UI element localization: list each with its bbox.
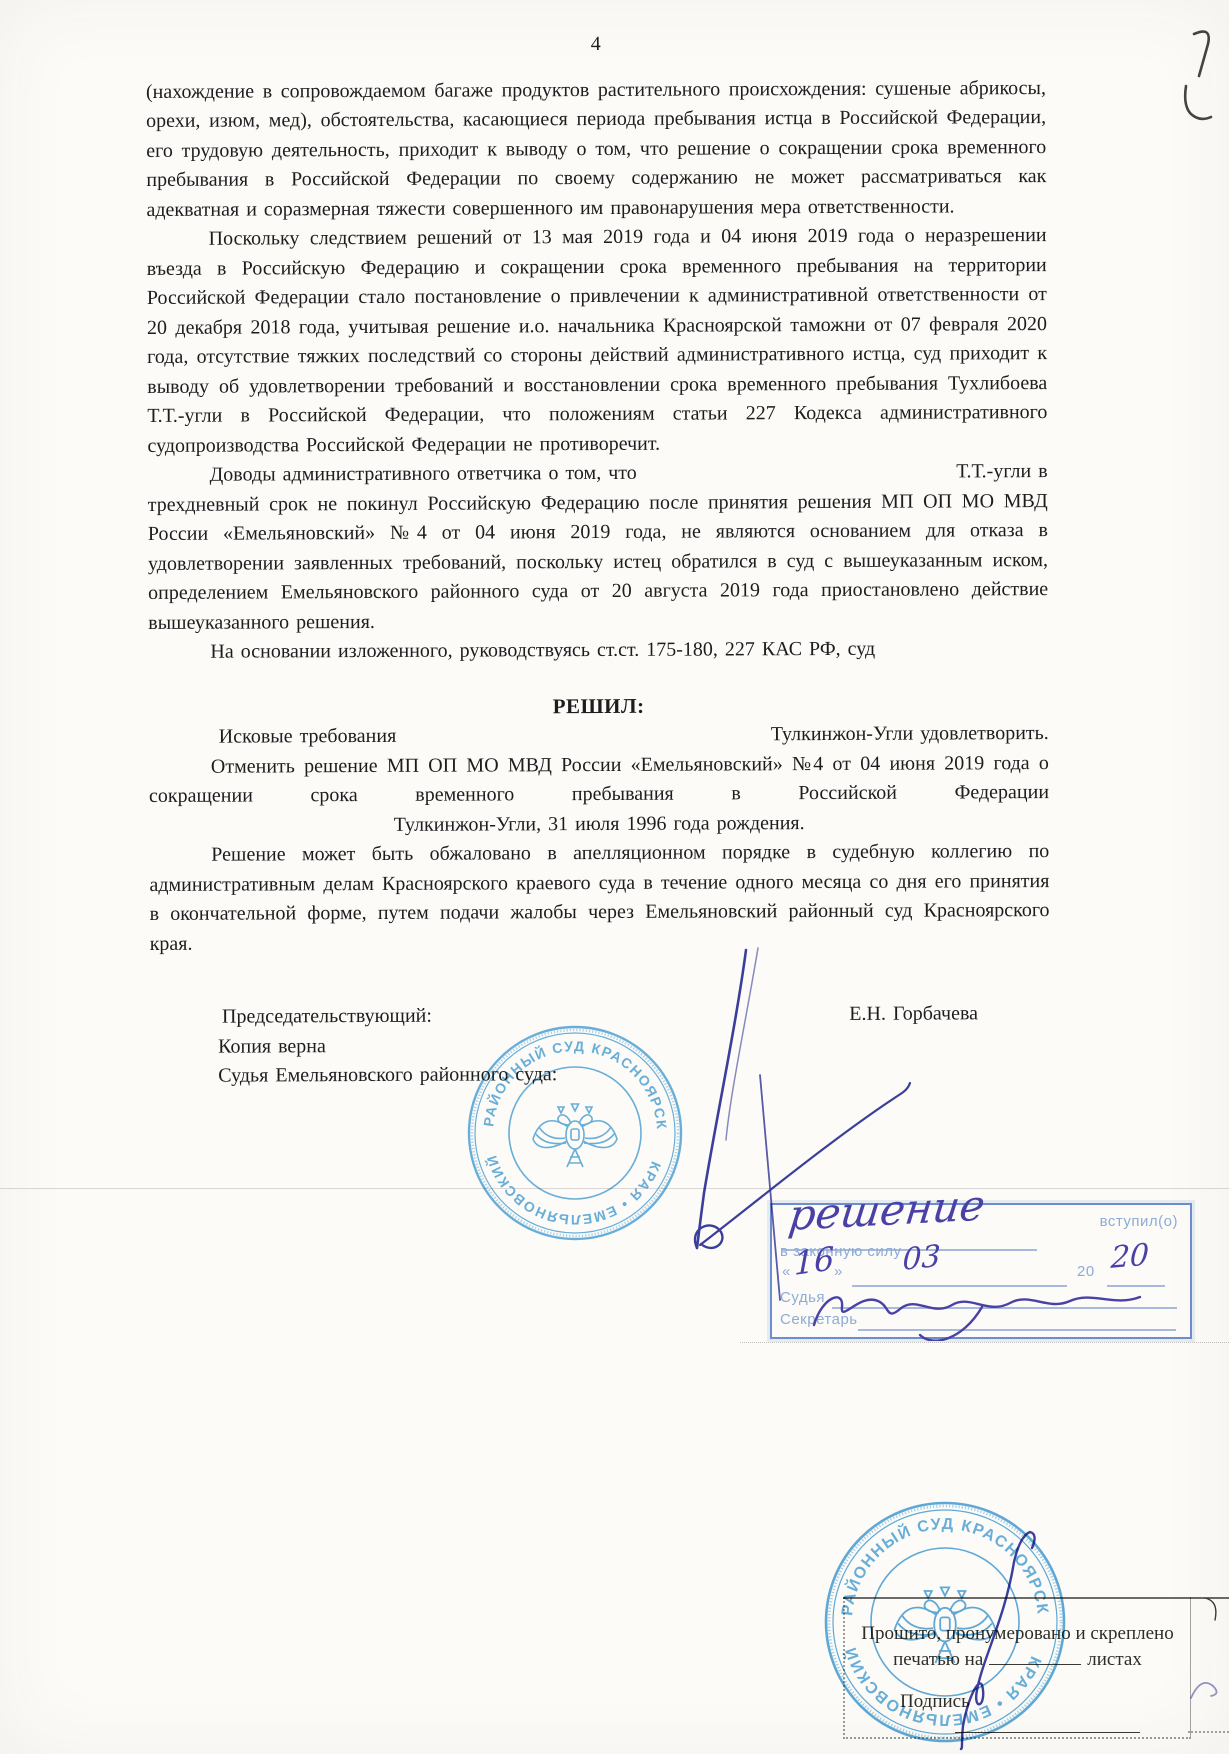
document-body: 4 (нахождение в сопровождаемом багаже пр…	[146, 28, 1051, 1091]
scan-crease-line-2	[740, 1342, 1229, 1343]
binding-stamp: Прошито, пронумеровано и скреплено печат…	[843, 1597, 1191, 1739]
claims-left-text: Исковые требования	[219, 722, 397, 752]
claims-line: Исковые требования Тулкинжон-Угли удовле…	[149, 719, 1049, 752]
stamp-line	[782, 1249, 1037, 1251]
stamp-line	[1107, 1285, 1165, 1287]
handwritten-month: 03	[902, 1239, 941, 1278]
binding-line1: Прошито, пронумеровано и скреплено	[845, 1621, 1190, 1647]
paragraph-dovody-first-line: Доводы административного ответчика о том…	[148, 457, 1048, 490]
binding-thread-line	[843, 1592, 1229, 1626]
svg-text:КРАЯ • ЕМЕЛЬЯНОВСКИЙ: КРАЯ • ЕМЕЛЬЯНОВСКИЙ	[840, 1644, 1043, 1728]
double-headed-eagle-emblem	[895, 1587, 996, 1663]
binding-pen-signature	[935, 1528, 1055, 1754]
scan-crease-line	[0, 1188, 1229, 1189]
paragraph-dovody-rest: трехдневный срок не покинул Российскую Ф…	[148, 487, 1049, 638]
binding-line2-prefix: печатью на	[893, 1649, 983, 1670]
seal-arc-bottom-text: КРАЯ • ЕМЕЛЬЯНОВСКИЙ	[482, 1152, 664, 1228]
binding-box-dotted-extension	[1188, 1731, 1229, 1733]
presiding-row: Председательствующий: Е.Н. Горбачева	[150, 999, 1050, 1032]
quote-close: »	[834, 1263, 843, 1280]
claims-right-text: Тулкинжон-Угли удовлетворить.	[771, 719, 1049, 750]
judge-title: Судья Емельяновского районного суда:	[150, 1058, 1050, 1091]
signature-block: Председательствующий: Е.Н. Горбачева Коп…	[150, 999, 1050, 1091]
svg-text:КРАЯ • ЕМЕЛЬЯНОВСКИЙ: КРАЯ • ЕМЕЛЬЯНОВСКИЙ	[482, 1152, 664, 1228]
judge-name: Е.Н. Горбачева	[849, 999, 978, 1029]
dovody-intro-text: Доводы административного ответчика о том…	[210, 459, 637, 490]
sheet-count-blank	[989, 1649, 1081, 1665]
paragraph-baggage-circumstances: (нахождение в сопровождаемом багаже прод…	[146, 74, 1047, 225]
paragraph-otmenit: Отменить решение МП ОП МО МВД России «Ем…	[149, 749, 1049, 812]
handwritten-year: 20	[1110, 1237, 1150, 1276]
paragraph-poskolku: Поскольку следствием решений от 13 мая 2…	[147, 221, 1048, 461]
stamp-line	[858, 1329, 1176, 1331]
stray-pen-mark	[1185, 1668, 1225, 1708]
paragraph-na-osnovanii: На основании изложенного, руководствуясь…	[148, 634, 1048, 667]
binding-line2: печатью налистах	[845, 1647, 1190, 1673]
scanned-court-decision-page: 4 (нахождение в сопровождаемом багаже пр…	[0, 0, 1229, 1754]
page-number: 4	[146, 28, 1046, 61]
entered-label: вступил(о)	[1100, 1213, 1178, 1230]
quote-open: «	[782, 1263, 791, 1280]
seal-arc-bottom-text: КРАЯ • ЕМЕЛЬЯНОВСКИЙ	[840, 1644, 1043, 1728]
binding-line2-suffix: листах	[1087, 1649, 1142, 1670]
court-round-seal-bottom: РАЙОННЫЙ СУД КРАСНОЯРСКОГО КРАЯ • ЕМЕЛЬЯ…	[817, 1494, 1073, 1750]
ruling-heading: РЕШИЛ:	[149, 690, 1049, 723]
signature-label: Подпись	[900, 1691, 970, 1712]
handwritten-day: 16	[794, 1239, 834, 1283]
copy-note: Копия верна	[150, 1029, 1050, 1062]
dovody-name-text: Т.Т.-угли в	[956, 457, 1048, 487]
paragraph-birthdate: Тулкинжон-Угли, 31 июля 1996 года рожден…	[149, 808, 1049, 841]
svg-text:РАЙОННЫЙ СУД КРАСНОЯРСКОГО: РАЙОННЫЙ СУД КРАСНОЯРСКОГО	[817, 1494, 1051, 1617]
stamp-line	[832, 1307, 1177, 1309]
secretary-label: Секретарь	[780, 1311, 858, 1328]
paragraph-appeal: Решение может быть обжаловано в апелляци…	[149, 837, 1050, 959]
into-force-label: в законную силу	[780, 1243, 902, 1260]
seal-arc-top-text: РАЙОННЫЙ СУД КРАСНОЯРСКОГО	[817, 1494, 1051, 1617]
year-prefix: 20	[1077, 1263, 1095, 1280]
binding-signature-row: Подпись	[900, 1689, 1190, 1741]
handwritten-word-decision: решение	[786, 1180, 988, 1240]
staple-marks	[1178, 22, 1222, 122]
stamp-line	[852, 1285, 1067, 1287]
signature-blank-line	[955, 1717, 1140, 1733]
entered-into-force-stamp: решение вступил(о) в законную силу « 16 …	[770, 1203, 1192, 1339]
presiding-label: Председательствующий:	[222, 1002, 432, 1032]
judge-label: Судья	[780, 1289, 825, 1306]
double-headed-eagle-emblem	[533, 1104, 617, 1167]
judge-signature-scrawl	[802, 1277, 1182, 1341]
